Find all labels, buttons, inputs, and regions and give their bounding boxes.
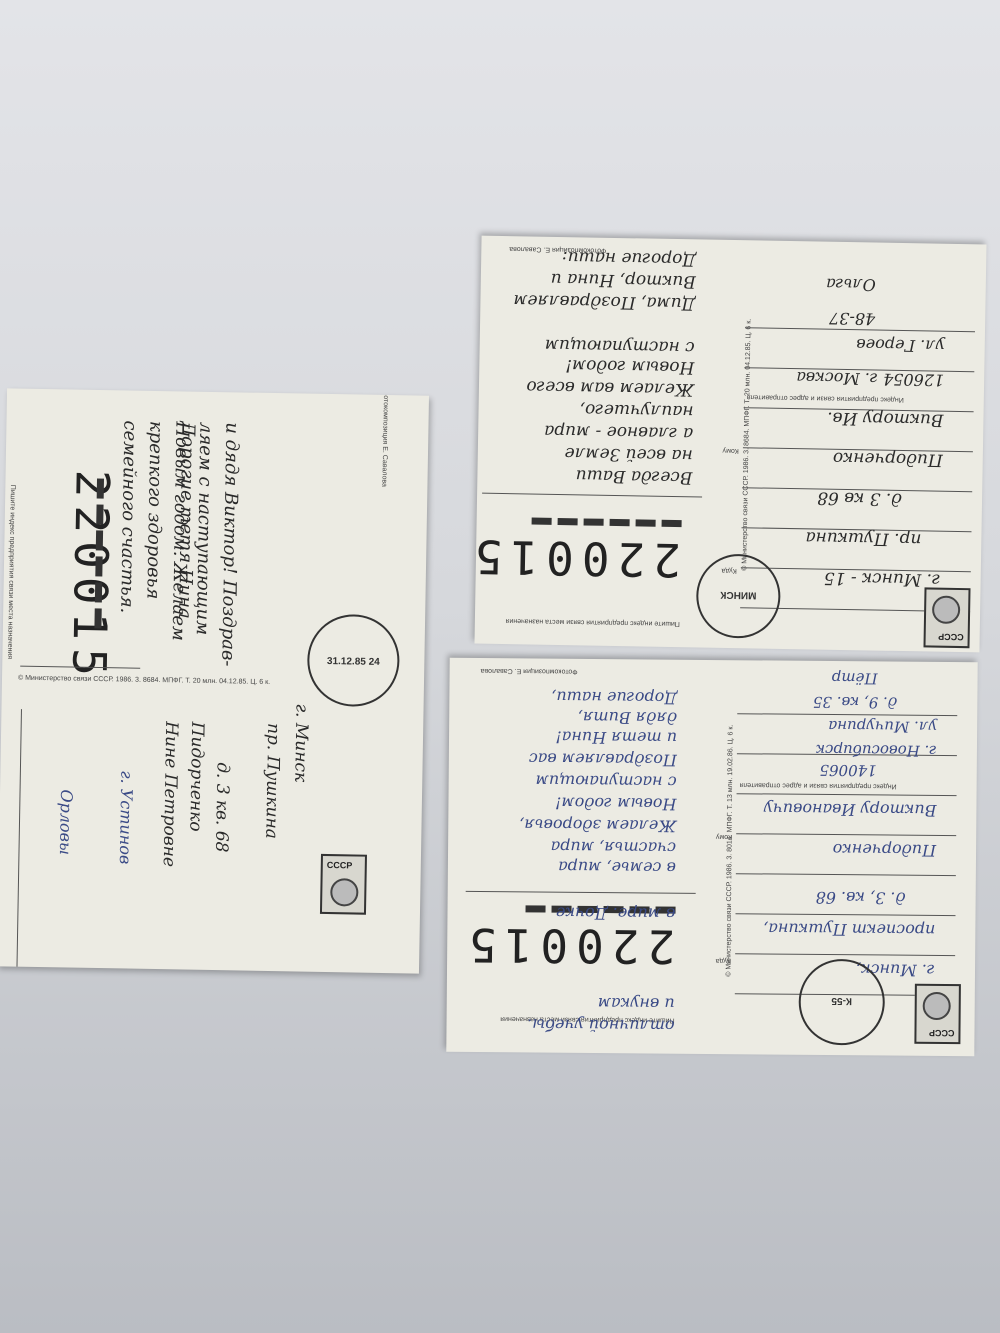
message-line: на всей Земле (564, 443, 693, 465)
postage-stamp: СССР (914, 984, 961, 1044)
return-line: 48-37 (829, 309, 875, 329)
address-line: Нине Петровне (159, 721, 182, 867)
postmark: МИНСК (696, 553, 781, 638)
return-line: д. 9, кв. 35 (813, 693, 898, 712)
message-line: ляем с наступающим (192, 422, 217, 636)
postal-code: 220015 (461, 918, 676, 974)
return-line: 140065 (819, 761, 876, 779)
sender-index-label: Индекс предприятия связи и адрес отправи… (740, 781, 897, 789)
address-line: г. Минск - 15 (824, 568, 941, 590)
return-line: г. Новосибирск (816, 741, 937, 760)
return-line: ул. Героев (856, 335, 945, 356)
address-line: проспект Пушкина, (763, 919, 935, 940)
address-line: г. Минск (290, 703, 311, 782)
message-line: наилучшего, (579, 399, 693, 421)
message-line: Новым годом! (565, 355, 694, 377)
postcard-top-right: 220015 Пишите индекс предприятия связи м… (474, 236, 986, 653)
return-line: г. Устинов (116, 770, 137, 864)
postal-code: 220015 (62, 469, 120, 684)
postage-stamp: СССР (320, 854, 367, 915)
message-line: Дима, Поздравляем (513, 290, 695, 313)
message-line: Дорогие наши, (551, 688, 677, 708)
message-line: в мире. Дочке (556, 904, 676, 924)
postal-code-bars (532, 518, 682, 528)
publisher-imprint: © Министерство связи СССР. 1986. 3. 8684… (741, 319, 752, 571)
message-line: и внукам (598, 994, 675, 1014)
return-line: 126054 г. Москва (796, 368, 944, 390)
photo-credit: Фотокомпозиция Е. Савалова (380, 390, 389, 487)
postcard-left: Фотокомпозиция Е. Савалова Пишите индекс… (0, 388, 429, 973)
postage-stamp: СССР (923, 587, 970, 648)
recipient-index-label: Пишите индекс предприятия связи места на… (6, 485, 16, 659)
message-line: и дядя Виктор! Поздрав- (217, 422, 242, 667)
address-line: Виктору Ивановичу (763, 799, 936, 820)
return-line: ул. Мичурина (828, 717, 937, 736)
return-line: Пётр (832, 669, 878, 687)
address-line: Пидорченко (833, 448, 943, 470)
message-line: с наступающим (536, 771, 677, 791)
publisher-imprint: © Министерство связи СССР. 1986. 3. 8014… (725, 725, 734, 977)
message-line: с наступающим (545, 335, 695, 358)
postcard-bottom-right: 220015 Пишите индекс предприятия связи м… (446, 658, 977, 1057)
message-line: Виктор, Нина и (551, 269, 696, 292)
where-label: Куда (716, 957, 731, 964)
photo-credit: Фотокомпозиция Е. Савалова (481, 667, 578, 675)
message-line: отличной учебы. (527, 1015, 675, 1035)
message-line: Всегда Ваши (576, 465, 693, 487)
message-line: счастья, мира (551, 838, 677, 858)
return-line: Ольга (826, 275, 876, 295)
message-line: Желаем здоровья, (519, 815, 676, 835)
message-line: Новым годом. Желаем (168, 421, 193, 641)
message-line: в семье, мира (558, 858, 676, 878)
postal-code: 220015 (474, 529, 681, 587)
address-line: Пидорченко (833, 840, 937, 860)
address-line: пр. Пушкина (805, 527, 921, 549)
postmark: К-55 (798, 959, 885, 1046)
message-line: Поздравляем вас (529, 749, 677, 769)
return-line: Орловы (56, 789, 76, 855)
to-label: Кому (716, 833, 732, 840)
sender-index-label: Индекс предприятия связи и адрес отправи… (747, 393, 904, 403)
postmark: 31.12.85 24 (307, 614, 401, 708)
message-line: и тетя Нина! (555, 728, 677, 748)
address-line: Виктору Ив. (827, 408, 944, 430)
publisher-imprint: © Министерство связи СССР. 1986. 3. 8684… (18, 675, 270, 686)
message-line: дядя Витя, (578, 708, 678, 728)
address-line: д. 3, кв. 68 (816, 888, 906, 908)
message-line: Новым годом! (555, 794, 677, 814)
message-line: а главное - мира (544, 421, 693, 444)
message-line: Дорогие наши: (562, 247, 697, 269)
message-line: Желаем вам всего (526, 376, 694, 399)
address-line: д. 3 кв. 68 (211, 762, 233, 853)
recipient-index-label: Пишите индекс предприятия связи места на… (506, 617, 680, 627)
address-line: д. 3 кв 68 (817, 488, 902, 509)
address-line: Пидорченко (185, 722, 207, 832)
address-line: пр. Пушкина (261, 723, 283, 839)
message-line: семейного счастья. (116, 420, 140, 613)
to-label: Кому (722, 447, 738, 454)
message-line: крепкого здоровья (142, 421, 166, 600)
